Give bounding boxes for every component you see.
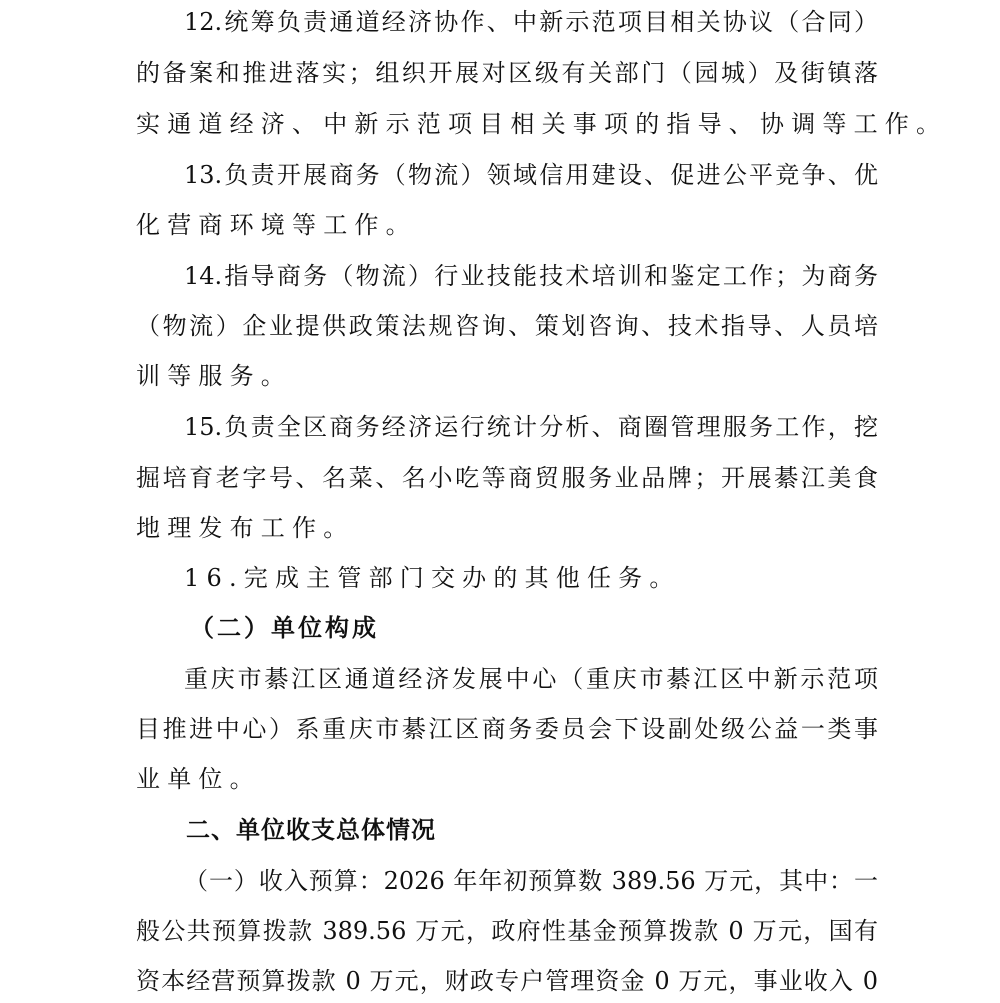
duty-12-line-2: 的备案和推进落实；组织开展对区级有关部门（园城）及街镇落 xyxy=(136,48,878,98)
duty-14-line-1: 14.指导商务（物流）行业技能技术培训和鉴定工作；为商务 xyxy=(184,251,878,301)
duty-13-line-1: 13.负责开展商务（物流）领域信用建设、促进公平竞争、优 xyxy=(184,150,878,200)
duty-12-line-1: 12.统筹负责通道经济协作、中新示范项目相关协议（合同） xyxy=(184,0,878,47)
duty-15-line-1: 15.负责全区商务经济运行统计分析、商圈管理服务工作，挖 xyxy=(184,402,878,452)
subheading-unit-composition: （二）单位构成 xyxy=(190,603,379,653)
unit-composition-line-1: 重庆市綦江区通道经济发展中心（重庆市綦江区中新示范项 xyxy=(184,654,878,704)
duty-13-line-2: 化营商环境等工作。 xyxy=(136,200,417,250)
duty-15-line-3: 地理发布工作。 xyxy=(136,503,354,553)
duty-14-line-3: 训等服务。 xyxy=(136,351,292,401)
unit-composition-line-2: 目推进中心）系重庆市綦江区商务委员会下设副处级公益一类事 xyxy=(136,704,878,754)
duty-12-line-3: 实通道经济、中新示范项目相关事项的指导、协调等工作。 xyxy=(136,99,947,149)
duty-14-line-2: （物流）企业提供政策法规咨询、策划咨询、技术指导、人员培 xyxy=(136,301,878,351)
section-2-heading: 二、单位收支总体情况 xyxy=(186,805,436,855)
income-budget-line-1: （一）收入预算：2026 年年初预算数 389.56 万元，其中：一 xyxy=(184,856,878,906)
income-budget-line-3: 资本经营预算拨款 0 万元，财政专户管理资金 0 万元，事业收入 0 xyxy=(136,956,878,1003)
income-budget-line-2: 般公共预算拨款 389.56 万元，政府性基金预算拨款 0 万元，国有 xyxy=(136,906,878,956)
duty-15-line-2: 掘培育老字号、名菜、名小吃等商贸服务业品牌；开展綦江美食 xyxy=(136,453,878,503)
unit-composition-line-3: 业单位。 xyxy=(136,754,261,804)
duty-16-line-1: 16.完成主管部门交办的其他任务。 xyxy=(184,553,681,603)
